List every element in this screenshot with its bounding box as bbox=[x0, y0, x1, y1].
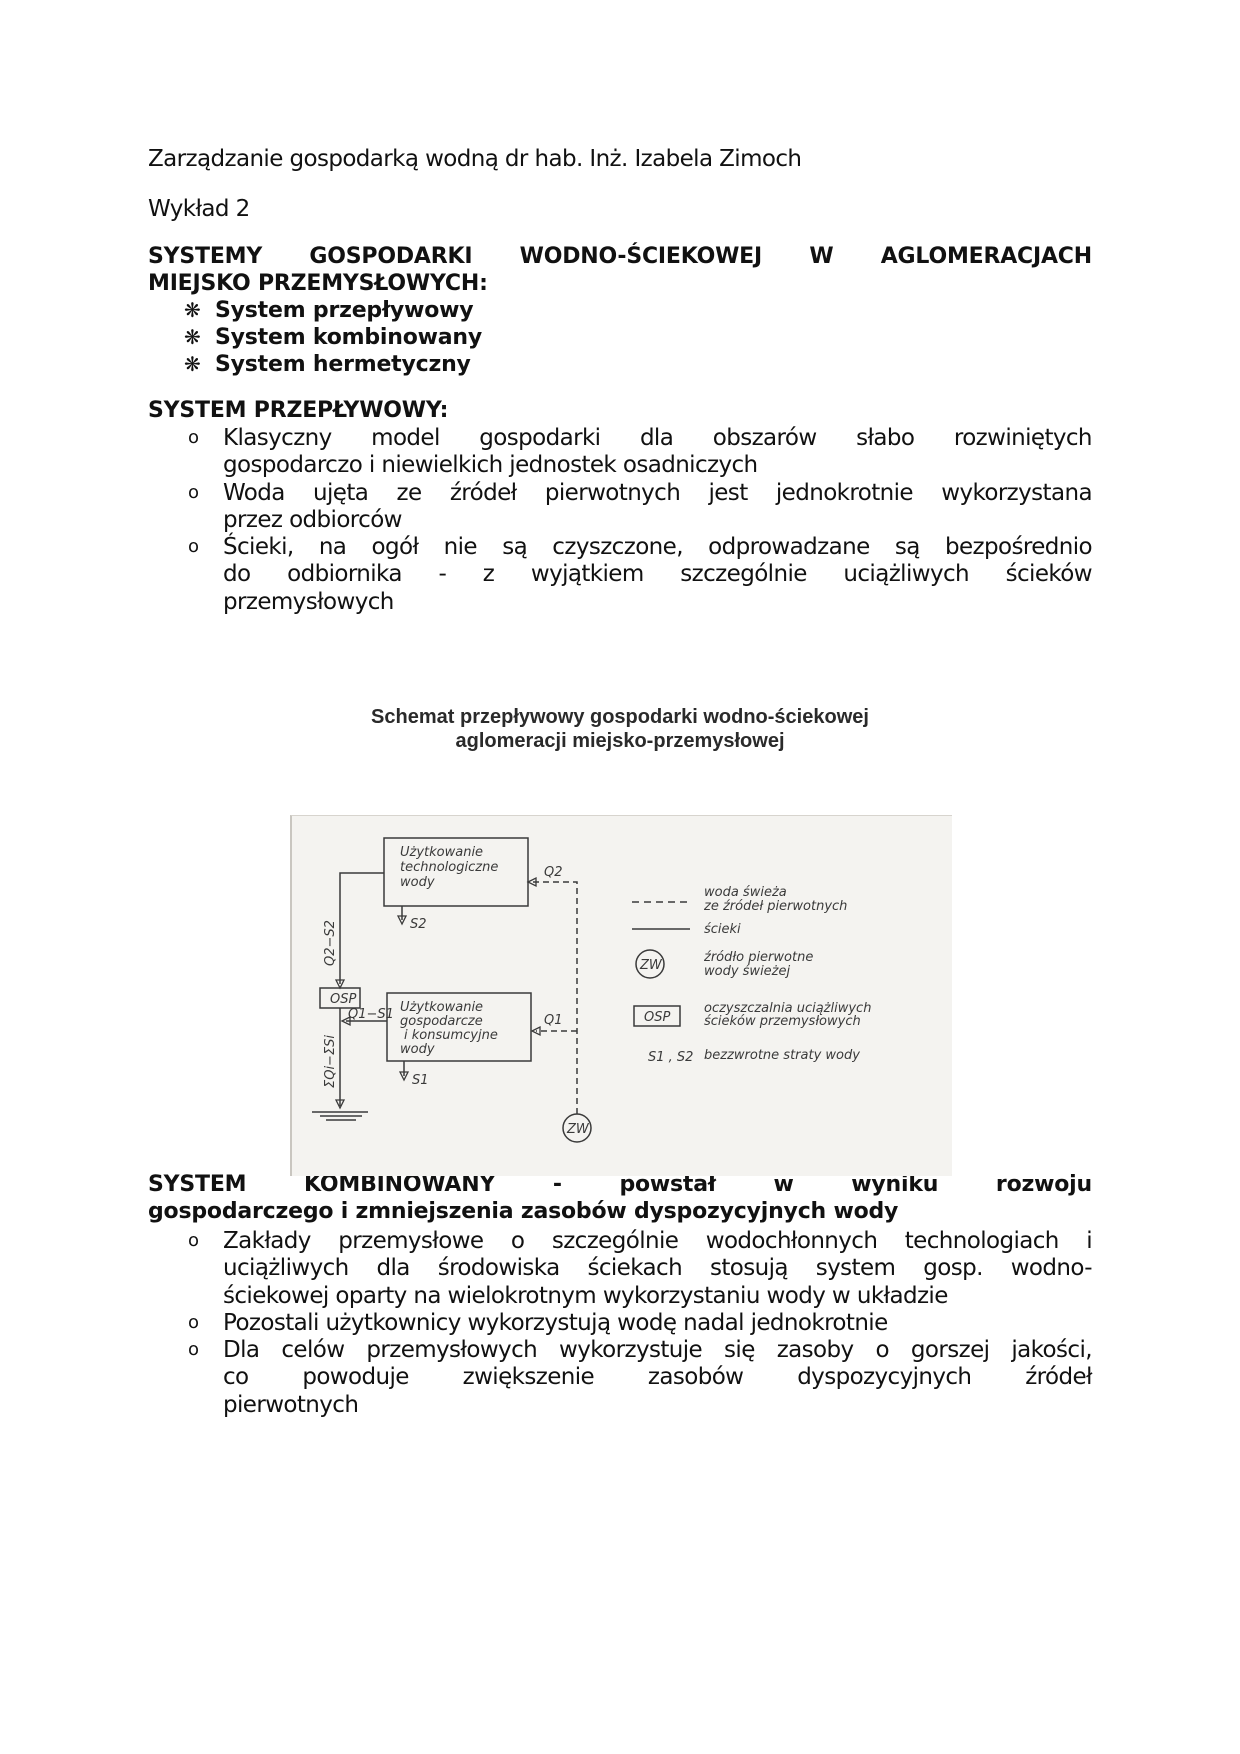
intro-heading-line1: SYSTEMY GOSPODARKI WODNO-ŚCIEKOWEJ W AGL… bbox=[148, 244, 1092, 269]
course-title: Zarządzanie gospodarką wodną dr hab. Inż… bbox=[148, 146, 801, 172]
list-item-line: ściekowej oparty na wielokrotnym wykorzy… bbox=[223, 1281, 1092, 1311]
heading-word: SYSTEMY bbox=[148, 244, 262, 269]
asterisk-bullet-icon: ❋ bbox=[184, 352, 201, 376]
legend-source: źródło pierwotnewody świeżej bbox=[703, 950, 813, 979]
legend-zw-symbol: ZW bbox=[639, 958, 663, 973]
system-name: System przepływowy bbox=[215, 298, 473, 323]
legend-losses: bezzwrotne straty wody bbox=[704, 1048, 860, 1063]
heading-word: rozwoju bbox=[996, 1172, 1092, 1197]
legend-osp-symbol: OSP bbox=[644, 1010, 670, 1025]
box-tech-text: Użytkowanietechnologicznewody bbox=[400, 845, 498, 890]
flow-q1-label: Q1 bbox=[544, 1013, 563, 1028]
flow-s1-label: S1 bbox=[412, 1073, 429, 1088]
circle-bullet-icon: o bbox=[188, 1230, 199, 1251]
figure-title-line2: aglomeracji miejsko-przemysłowej bbox=[148, 729, 1092, 753]
list-item-line: Klasycznymodelgospodarkidlaobszarówsłabo… bbox=[223, 423, 1092, 453]
legend-treatment: oczyszczalnia uciążliwychścieków przemys… bbox=[704, 1001, 871, 1029]
heading-word: W bbox=[809, 244, 833, 269]
heading-word: AGLOMERACJACH bbox=[881, 244, 1092, 269]
flow-q1-s1-label: Q1−S1 bbox=[348, 1007, 394, 1022]
list-item-line: doodbiornika-zwyjątkiemszczególnieuciążl… bbox=[223, 559, 1092, 589]
lecture-number: Wykład 2 bbox=[148, 196, 250, 222]
list-item-line: gospodarczo i niewielkich jednostek osad… bbox=[223, 450, 1092, 480]
circle-bullet-icon: o bbox=[188, 536, 199, 557]
legend-losses-symbol: S1 , S2 bbox=[648, 1050, 693, 1065]
circle-bullet-icon: o bbox=[188, 1312, 199, 1333]
osp-label: OSP bbox=[330, 992, 356, 1007]
circle-bullet-icon: o bbox=[188, 427, 199, 448]
system-name: System kombinowany bbox=[215, 325, 482, 350]
list-item-line: Dlacelówprzemysłowychwykorzystujesięzaso… bbox=[223, 1335, 1092, 1365]
asterisk-bullet-icon: ❋ bbox=[184, 325, 201, 349]
heading-word: GOSPODARKI bbox=[309, 244, 472, 269]
zw-label: ZW bbox=[566, 1122, 590, 1137]
figure-title-line1: Schemat przepływowy gospodarki wodno-ści… bbox=[148, 705, 1092, 729]
box-gosp-text: Użytkowaniegospodarczei konsumcyjnewody bbox=[400, 1000, 498, 1057]
circle-bullet-icon: o bbox=[188, 482, 199, 503]
list-item-line: Pozostali użytkownicy wykorzystują wodę … bbox=[223, 1308, 1092, 1338]
list-item-line: pierwotnych bbox=[223, 1390, 1092, 1420]
flow-s2-label: S2 bbox=[410, 917, 427, 932]
fresh-water-line bbox=[532, 882, 577, 1114]
list-item-line: copowodujezwiększeniezasobówdyspozycyjny… bbox=[223, 1362, 1092, 1392]
heading-word: WODNO-ŚCIEKOWEJ bbox=[520, 244, 762, 269]
flow-q2-label: Q2 bbox=[544, 865, 563, 880]
legend-fresh-water: woda świeżaze źródeł pierwotnych bbox=[703, 885, 847, 914]
flow-sum-label: ΣQi−ΣSi bbox=[323, 1035, 338, 1088]
asterisk-bullet-icon: ❋ bbox=[184, 298, 201, 322]
system-name: System hermetyczny bbox=[215, 352, 471, 377]
wastewater-line-tech bbox=[340, 873, 384, 984]
list-item-line: uciążliwychdlaśrodowiskaściekachstosująs… bbox=[223, 1253, 1092, 1283]
list-item-line: przez odbiorców bbox=[223, 505, 1092, 535]
flow-diagram: Użytkowanietechnologicznewody Użytkowani… bbox=[290, 815, 952, 1176]
list-item-line: przemysłowych bbox=[223, 587, 1092, 617]
intro-heading-line2: MIEJSKO PRZEMYSŁOWYCH: bbox=[148, 271, 488, 296]
flow-diagram-svg: Użytkowanietechnologicznewody Użytkowani… bbox=[292, 816, 952, 1176]
flow-q2-s2-label: Q2−S2 bbox=[323, 920, 338, 966]
circle-bullet-icon: o bbox=[188, 1339, 199, 1360]
heading-word: SYSTEM bbox=[148, 1172, 246, 1197]
list-item-line: Zakładyprzemysłoweoszczególniewodochłonn… bbox=[223, 1226, 1092, 1256]
list-item-line: Ścieki,naogółniesączyszczone,odprowadzan… bbox=[223, 532, 1092, 562]
przeplywowy-heading: SYSTEM PRZEPŁYWOWY: bbox=[148, 398, 448, 423]
kombinowany-heading-line2: gospodarczego i zmniejszenia zasobów dys… bbox=[148, 1199, 898, 1224]
legend-wastewater: ścieki bbox=[704, 922, 741, 937]
list-item-line: Wodaujętazeźródełpierwotnychjestjednokro… bbox=[223, 478, 1092, 508]
figure-title: Schemat przepływowy gospodarki wodno-ści… bbox=[148, 705, 1092, 753]
